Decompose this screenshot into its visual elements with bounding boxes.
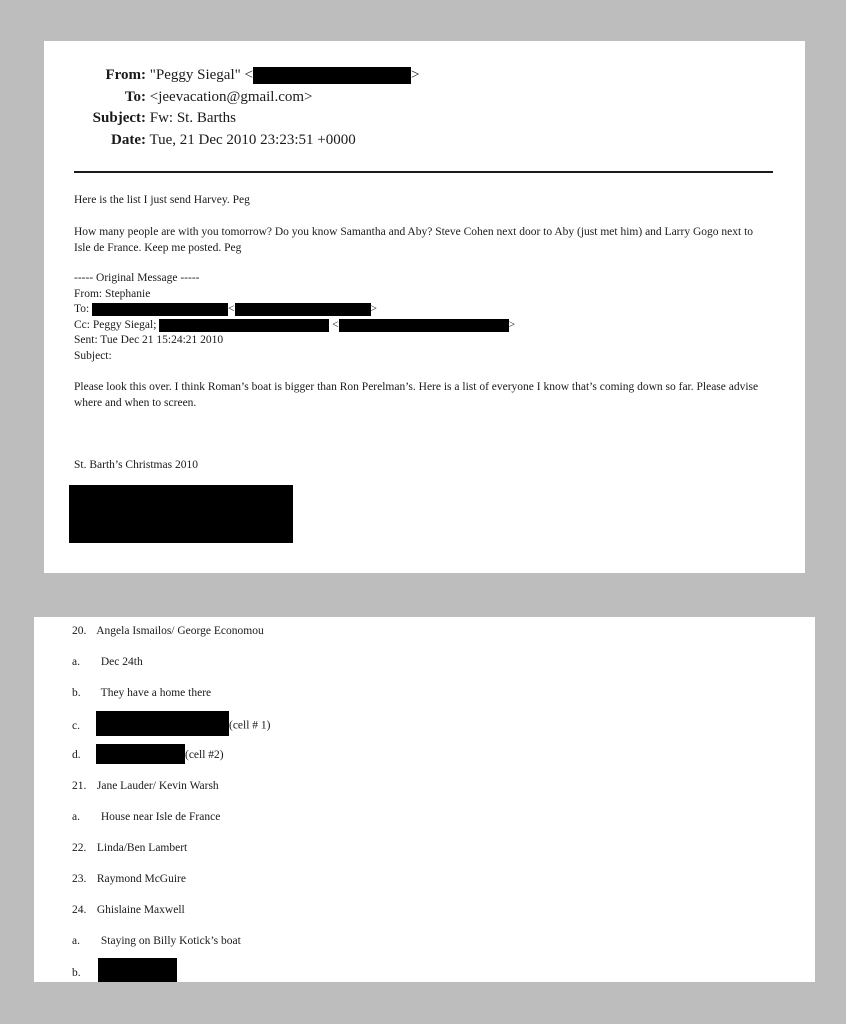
- list-item-name: Linda/Ben Lambert: [97, 842, 187, 854]
- list-item-text: (cell #2): [185, 749, 224, 761]
- redacted-cell-1: [96, 711, 229, 736]
- list-number: 23.: [72, 871, 94, 887]
- list-letter: a.: [72, 809, 98, 825]
- to-value: <jeevacation@gmail.com>: [150, 89, 313, 105]
- subject-value: Fw: St. Barths: [150, 110, 236, 126]
- list-item-20a: a. Dec 24th: [72, 654, 143, 670]
- list-item-text: Dec 24th: [101, 656, 143, 668]
- list-item-20b: b. They have a home there: [72, 685, 211, 701]
- header-divider: [74, 171, 773, 173]
- redacted-from-email: [253, 67, 411, 84]
- list-item-24a: a. Staying on Billy Kotick’s boat: [72, 933, 241, 949]
- body-paragraph-2: How many people are with you tomorrow? D…: [74, 224, 764, 256]
- redacted-cc-name: [159, 319, 329, 332]
- redacted-to-name: [92, 303, 228, 316]
- original-sent: Sent: Tue Dec 21 15:24:21 2010: [74, 332, 764, 348]
- list-item-name: Angela Ismailos/ George Economou: [96, 625, 263, 637]
- list-item-24b: b.: [72, 964, 177, 982]
- redacted-cc-email: [339, 319, 509, 332]
- date-label: Date:: [64, 130, 146, 151]
- to-label: To:: [64, 87, 146, 108]
- list-number: 20.: [72, 623, 94, 639]
- original-cc-label: Cc: Peggy Siegal;: [74, 319, 156, 331]
- bracket-close: >: [371, 303, 378, 315]
- list-item-20: 20. Angela Ismailos/ George Economou: [72, 623, 264, 639]
- body-line-1: Here is the list I just send Harvey. Peg: [74, 192, 764, 208]
- list-item-name: Jane Lauder/ Kevin Warsh: [97, 780, 219, 792]
- redacted-block: [69, 485, 293, 543]
- redacted-to-email: [235, 303, 371, 316]
- list-number: 21.: [72, 778, 94, 794]
- list-item-22: 22. Linda/Ben Lambert: [72, 840, 187, 856]
- document-page-2: 20. Angela Ismailos/ George Economou a. …: [34, 617, 815, 982]
- original-message-body: Please look this over. I think Roman’s b…: [74, 379, 764, 411]
- list-letter: d.: [72, 747, 96, 763]
- document-page-1: From: "Peggy Siegal" <> To: <jeevacation…: [44, 41, 805, 573]
- list-item-21a: a. House near Isle de France: [72, 809, 220, 825]
- from-close: >: [411, 67, 419, 83]
- original-message-divider: ----- Original Message -----: [74, 270, 764, 286]
- subject-label: Subject:: [64, 108, 146, 129]
- redacted-cell-2: [96, 744, 185, 764]
- header-from-row: From: "Peggy Siegal" <>: [64, 65, 419, 86]
- list-item-text: They have a home there: [101, 687, 211, 699]
- list-letter: c.: [72, 718, 96, 734]
- list-item-text: Staying on Billy Kotick’s boat: [101, 935, 241, 947]
- list-item-name: Raymond McGuire: [97, 873, 186, 885]
- header-date-row: Date: Tue, 21 Dec 2010 23:23:51 +0000: [64, 130, 356, 151]
- original-to: To: <>: [74, 301, 764, 317]
- header-subject-row: Subject: Fw: St. Barths: [64, 108, 236, 129]
- list-item-23: 23. Raymond McGuire: [72, 871, 186, 887]
- list-letter: a.: [72, 933, 98, 949]
- list-number: 24.: [72, 902, 94, 918]
- list-letter: b.: [72, 685, 98, 701]
- from-label: From:: [64, 65, 146, 86]
- original-cc: Cc: Peggy Siegal; <>: [74, 317, 764, 333]
- bracket-close: >: [509, 319, 516, 331]
- original-to-label: To:: [74, 303, 89, 315]
- list-number: 22.: [72, 840, 94, 856]
- list-item-20d: d.(cell #2): [72, 747, 224, 764]
- list-title: St. Barth’s Christmas 2010: [74, 457, 764, 473]
- from-value: "Peggy Siegal" <: [150, 67, 253, 83]
- redacted-item-24b: [98, 958, 177, 982]
- original-subject: Subject:: [74, 348, 764, 364]
- list-item-24: 24. Ghislaine Maxwell: [72, 902, 185, 918]
- list-item-20c: c.(cell # 1): [72, 716, 271, 736]
- header-to-row: To: <jeevacation@gmail.com>: [64, 87, 313, 108]
- list-item-21: 21. Jane Lauder/ Kevin Warsh: [72, 778, 219, 794]
- list-item-text: (cell # 1): [229, 720, 271, 732]
- list-letter: a.: [72, 654, 98, 670]
- list-letter: b.: [72, 965, 98, 981]
- list-item-text: House near Isle de France: [101, 811, 220, 823]
- original-from: From: Stephanie: [74, 286, 764, 302]
- list-item-name: Ghislaine Maxwell: [97, 904, 185, 916]
- date-value: Tue, 21 Dec 2010 23:23:51 +0000: [149, 132, 355, 148]
